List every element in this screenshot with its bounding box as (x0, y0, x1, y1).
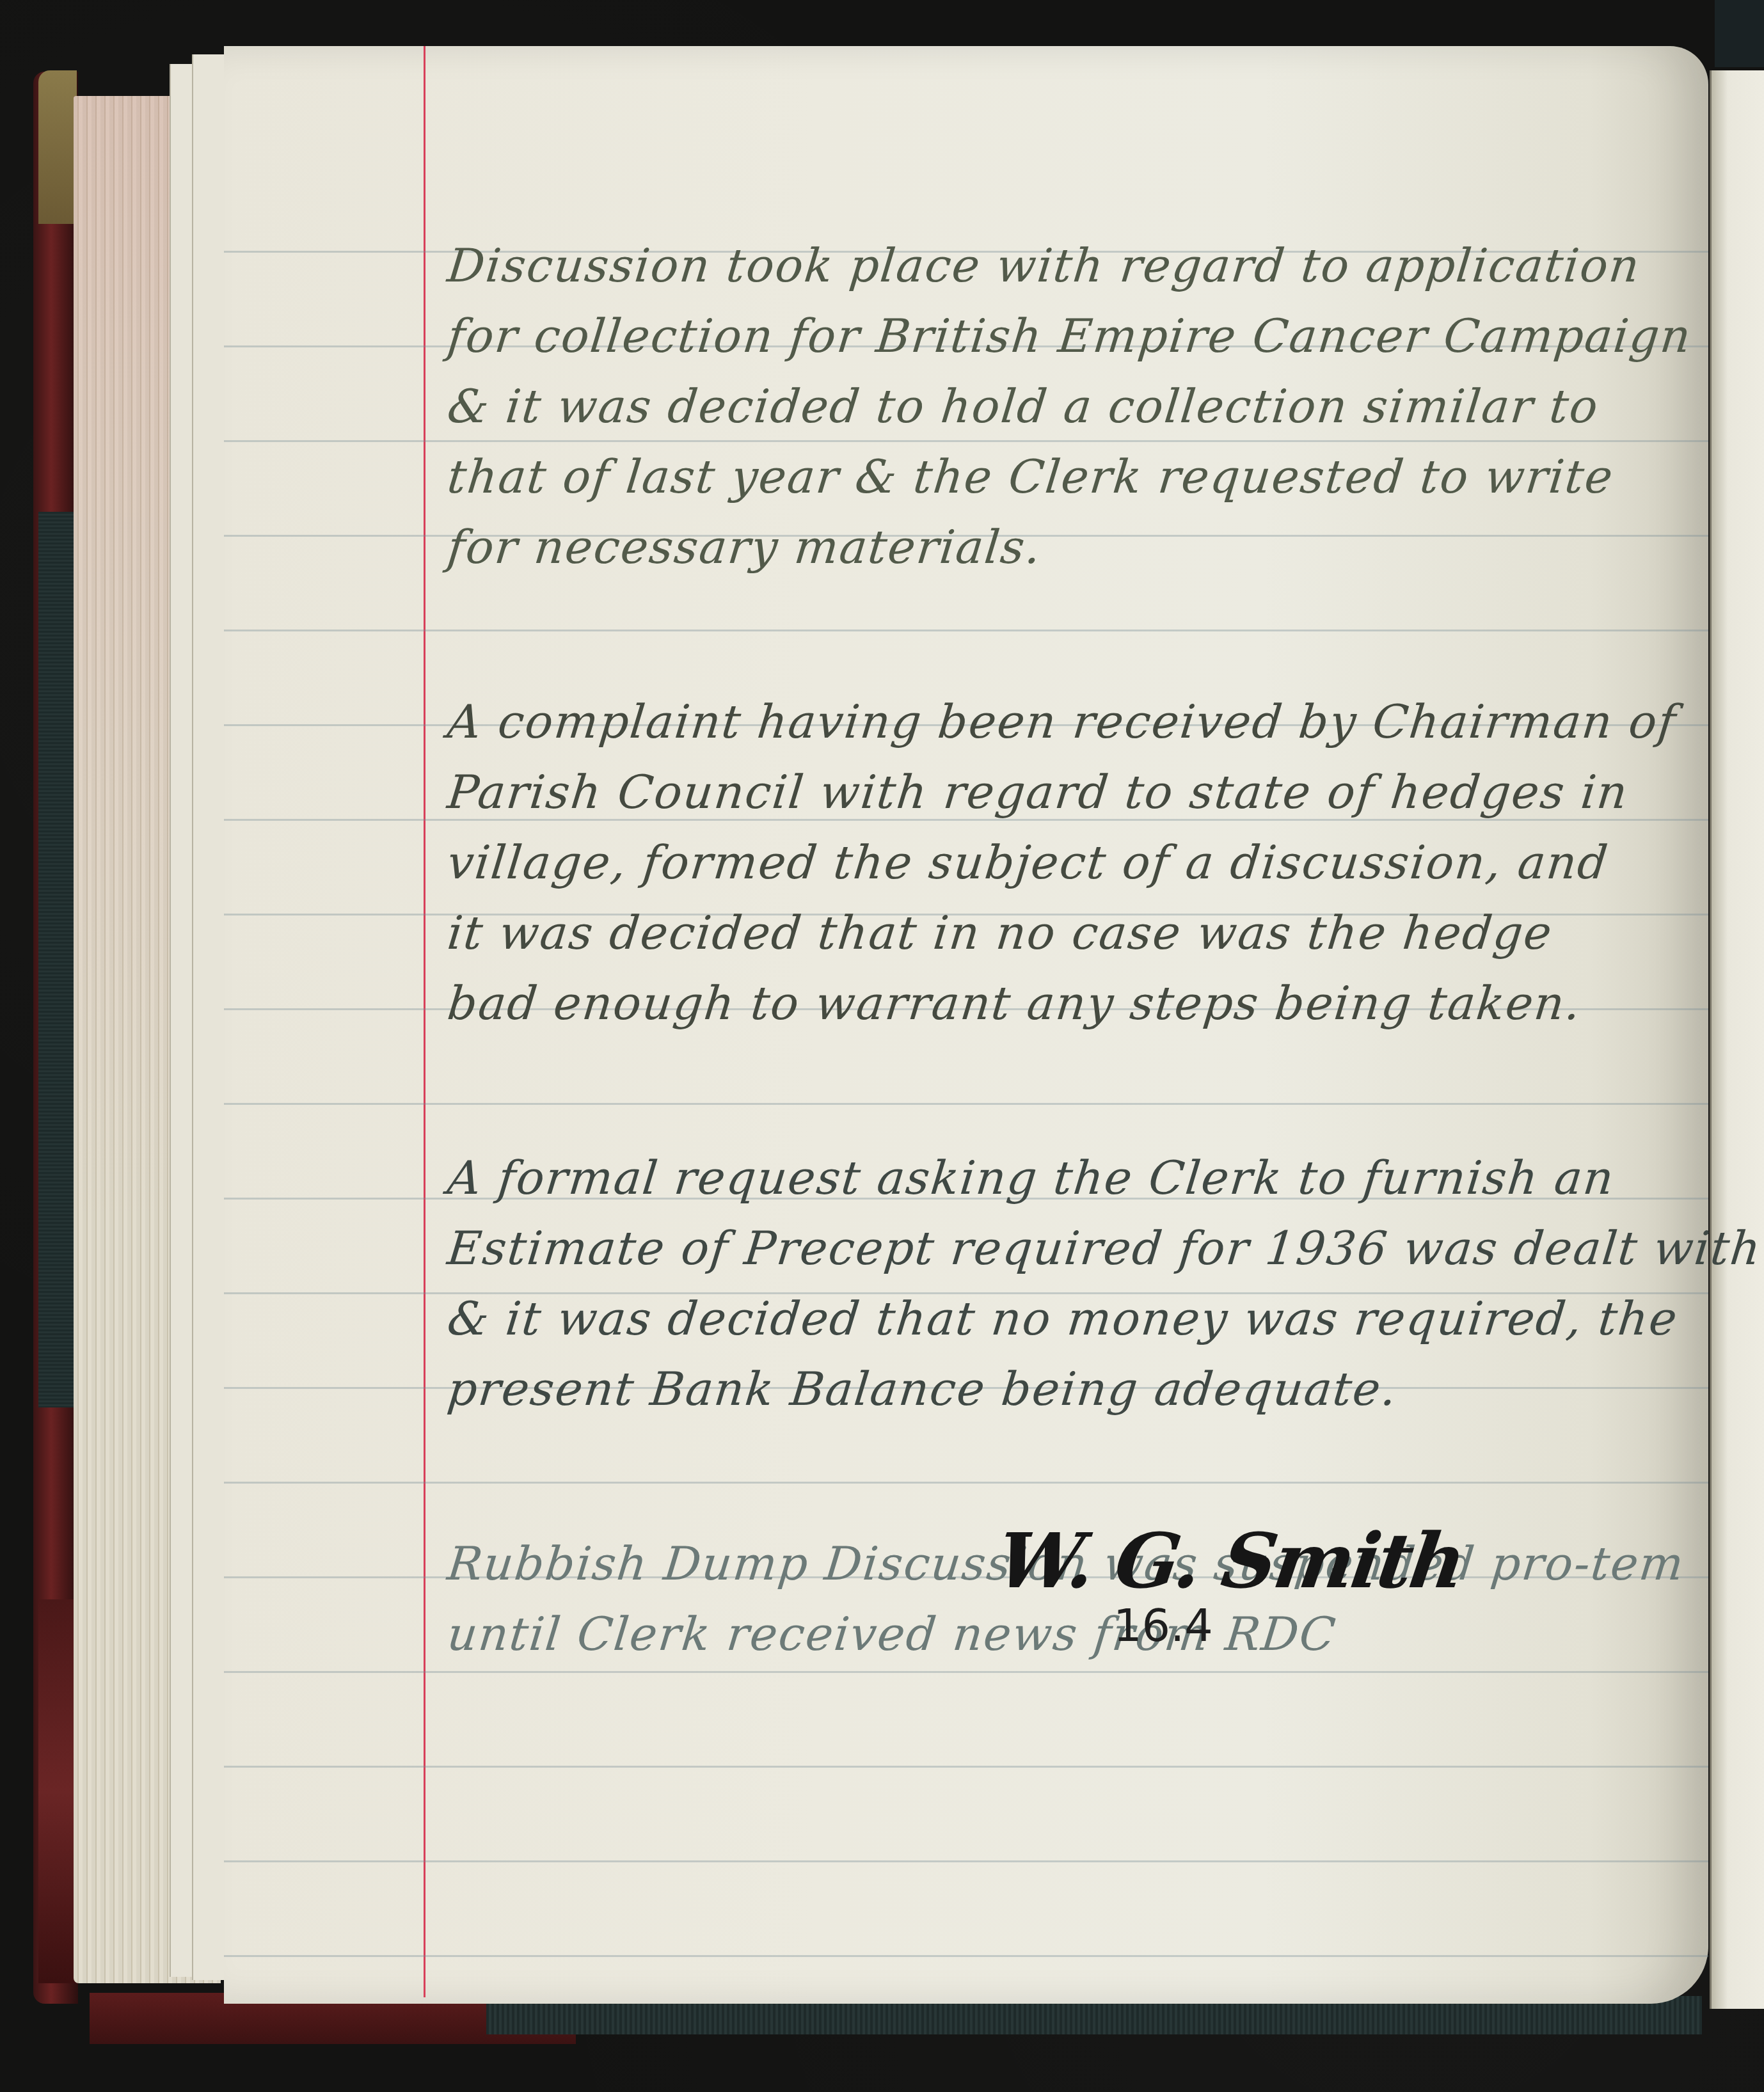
cover-corner-bottom (38, 1599, 77, 1983)
signature: W. G. Smith (992, 1516, 1469, 1605)
text-line: present Bank Balance being adequate. (444, 1354, 1699, 1424)
text-line: A complaint having been received by Chai… (444, 686, 1699, 757)
text-line: & it was decided to hold a collection si… (444, 371, 1699, 441)
text-line: & it was decided that no money was requi… (444, 1283, 1699, 1354)
page-edge (192, 54, 225, 1980)
text-line: Estimate of Precept required for 1936 wa… (444, 1213, 1699, 1283)
text-line: it was decided that in no case was the h… (444, 898, 1699, 968)
text-line: Parish Council with regard to state of h… (444, 757, 1699, 827)
text-line: for collection for British Empire Cancer… (444, 301, 1699, 371)
text-line: Discussion took place with regard to app… (444, 230, 1699, 301)
facing-page-edge (1710, 70, 1764, 2009)
paragraph-hedges-complaint: A complaint having been received by Chai… (448, 686, 1696, 1038)
text-line: until Clerk received news from RDC (444, 1599, 1699, 1669)
text-line: village, formed the subject of a discuss… (444, 827, 1699, 898)
text-line: bad enough to warrant any steps being ta… (444, 968, 1699, 1038)
text-line: that of last year & the Clerk requested … (444, 441, 1699, 512)
text-line: A formal request asking the Clerk to fur… (444, 1143, 1699, 1213)
margin-rule (424, 46, 425, 1997)
paragraph-precept-estimate: A formal request asking the Clerk to fur… (448, 1143, 1696, 1424)
text-line: for necessary materials. (444, 512, 1699, 582)
cover-corner-top (38, 70, 77, 224)
paragraph-cancer-campaign: Discussion took place with regard to app… (448, 230, 1696, 582)
cover-cloth (38, 512, 74, 1407)
signature-date: 16.4 (1113, 1599, 1213, 1652)
book-cover-top-right (1715, 0, 1764, 67)
